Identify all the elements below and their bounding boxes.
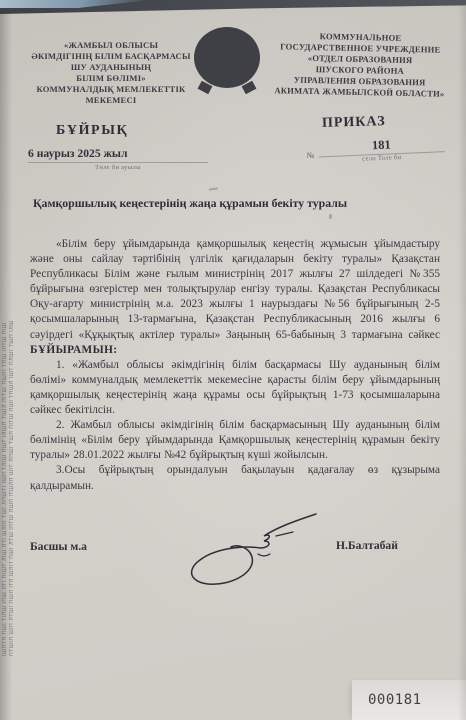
blank-form-number: 000181 bbox=[368, 692, 422, 708]
order-date: 6 наурыз 2025 жыл bbox=[28, 147, 208, 163]
preamble-text: «Білім беру ұйымдарында қамқоршылық кеңе… bbox=[30, 238, 440, 341]
order-item-2: 2. Жамбыл облысы әкімдігінің білім басқа… bbox=[30, 418, 440, 463]
order-subject: Қамқоршылық кеңестерінің жаңа құрамын бе… bbox=[33, 196, 433, 211]
preamble-paragraph: «Білім беру ұйымдарында қамқоршылық кеңе… bbox=[30, 237, 440, 358]
number-sign: № bbox=[306, 151, 314, 160]
number-block: № 181 село Толе би bbox=[306, 135, 448, 141]
vertical-microtext-stamp: ІШПТЛ ПШІ ТІЛШ ІПШ ЛТІ ПІШТ ЛІШ ПТІ ШЛПІ… bbox=[2, 228, 15, 656]
letterhead-kazakh: «ЖАМБЫЛ ОБЛЫСЫ ӘКІМДІГІНІҢ БІЛІМ БАСҚАРМ… bbox=[20, 40, 202, 106]
ink-speck bbox=[329, 214, 332, 219]
letterhead-kk-line: ШУ АУДАНЫНЫҢ bbox=[20, 62, 202, 73]
letterhead-kk-line: ӘКІМДІГІНІҢ БІЛІМ БАСҚАРМАСЫ bbox=[20, 51, 202, 62]
signer-position: Басшы м.а bbox=[30, 540, 87, 553]
resolve-colon: : bbox=[113, 344, 117, 356]
signer-name: Н.Балтабай bbox=[336, 539, 398, 552]
place-name-kazakh: Төле би ауылы bbox=[28, 164, 208, 171]
date-block: 6 наурыз 2025 жыл Төле би ауылы bbox=[28, 147, 208, 171]
seal-disc bbox=[194, 27, 260, 88]
resolve-word: БҰЙЫРАМЫН bbox=[30, 344, 113, 356]
paper-right-shadow bbox=[458, 0, 466, 720]
round-seal-emblem-icon bbox=[192, 27, 262, 93]
order-item-1: 1. «Жамбыл облысы әкімдігінің білім басқ… bbox=[30, 358, 440, 418]
letterhead-kk-line: КОММУНАЛДЫҚ МЕМЛЕКЕТТІК bbox=[20, 84, 202, 95]
order-title-russian: ПРИКАЗ bbox=[322, 114, 386, 132]
blank-form-strip: 000181 bbox=[352, 680, 466, 720]
letterhead-kk-line: «ЖАМБЫЛ ОБЛЫСЫ bbox=[20, 40, 202, 51]
order-title-kazakh: БҰЙРЫҚ bbox=[56, 123, 128, 139]
order-item-3: 3.Осы бұйрықтың орындалуын бақылауын қад… bbox=[30, 463, 440, 493]
handwritten-signature bbox=[180, 500, 320, 590]
order-body: «Білім беру ұйымдарында қамқоршылық кеңе… bbox=[30, 237, 440, 494]
microtext-line: ПТШІЛ ШІП ЛТШІ ПШЛ ІТП ШЛІТ ПШІ ЛТШ ІПТШ… bbox=[9, 228, 15, 656]
document-photo: «ЖАМБЫЛ ОБЛЫСЫ ӘКІМДІГІНІҢ БІЛІМ БАСҚАРМ… bbox=[0, 0, 466, 720]
microtext-line: ІШПТЛ ПШІ ТІЛШ ІПШ ЛТІ ПІШТ ЛІШ ПТІ ШЛПІ… bbox=[2, 228, 8, 656]
letterhead-kk-line: БІЛІМ БӨЛІМІ» bbox=[20, 73, 202, 84]
smudge-mark bbox=[209, 187, 218, 190]
letterhead-kk-line: МЕКЕМЕСІ bbox=[20, 95, 202, 106]
letterhead-russian: КОММУНАЛЬНОЕ ГОСУДАРСТВЕННОЕ УЧРЕЖДЕНИЕ … bbox=[257, 30, 462, 100]
